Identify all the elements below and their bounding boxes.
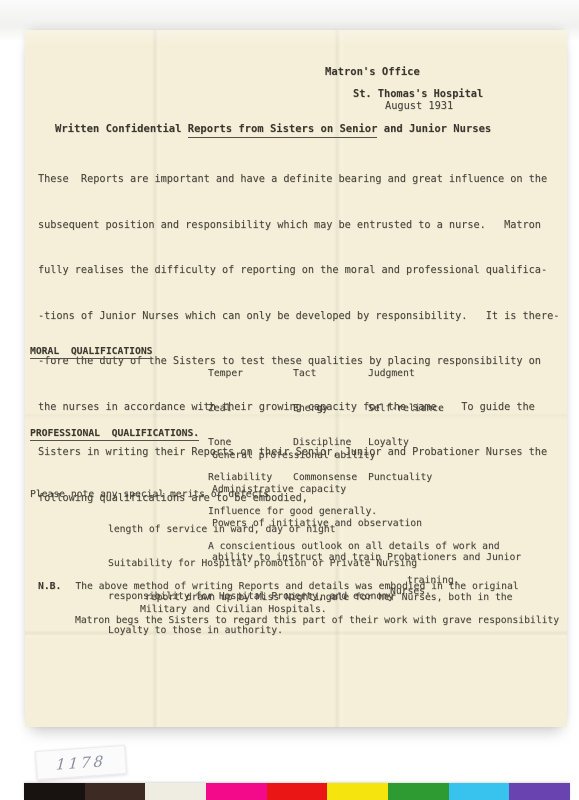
merits-item: Suitability for Hospital promotion or Pr… [108, 558, 417, 570]
paragraph-line: subsequent position and responsibility w… [38, 214, 559, 238]
moral-quality: Temper [208, 368, 243, 381]
moral-qualifications-heading: MORAL QUALIFICATIONS [30, 346, 152, 359]
professional-qualifications-heading: PROFESSIONAL QUALIFICATIONS. [30, 428, 199, 441]
color-swatch-dark-brown [85, 783, 146, 800]
moral-grid-row: TemperTactJudgment [208, 368, 500, 381]
nota-bene-line: N.B.The above method of writing Reports … [38, 581, 519, 592]
header-date: August 1931 [385, 100, 453, 112]
nota-bene-text: The above method of writing Reports and … [75, 581, 518, 592]
color-swatch-black [24, 783, 85, 800]
color-swatch-cyan [449, 783, 510, 800]
nota-bene-line: report drawn up by Miss Nightingale for … [145, 592, 512, 603]
color-swatch-off-white [145, 783, 206, 800]
photograph-background: Matron's Office St. Thomas's Hospital Au… [0, 0, 579, 800]
merits-intro: Please note any special merits or defect… [30, 489, 269, 500]
paragraph-line: These Reports are important and have a d… [38, 168, 559, 192]
color-swatch-red [267, 783, 328, 800]
archive-number: 1178 [55, 752, 106, 774]
merits-item: Loyalty to those in authority. [108, 625, 417, 637]
nota-bene-label: N.B. [38, 581, 61, 592]
moral-quality: Self-reliance [368, 403, 444, 416]
color-swatch-yellow [327, 783, 388, 800]
color-swatch-purple [509, 783, 570, 800]
merits-item: length of service in ward, day or night [108, 524, 417, 536]
document-title: Written Confidential Reports from Sister… [55, 123, 491, 135]
professional-item: General professional ability [212, 450, 521, 462]
nota-bene-line: Matron begs the Sisters to regard this p… [75, 615, 559, 626]
title-underlined: Reports from Sisters on Senior [188, 123, 378, 138]
moral-grid-row: ZealEnergySelf-reliance [208, 403, 500, 416]
color-swatch-green [388, 783, 449, 800]
color-calibration-bar [24, 783, 570, 800]
nota-bene-line: Military and Civilian Hospitals. [140, 604, 327, 615]
archive-label: 1178 [35, 745, 127, 780]
moral-quality: Judgment [368, 368, 415, 381]
moral-quality: Zeal [208, 403, 231, 416]
merits-list: length of service in ward, day or night … [108, 502, 417, 658]
paragraph-line: -tions of Junior Nurses which can only b… [38, 305, 559, 329]
moral-quality: Energy [293, 403, 328, 416]
paragraph-line: fully realises the difficulty of reporti… [38, 259, 559, 283]
header-office: Matron's Office [325, 66, 420, 78]
color-swatch-magenta [206, 783, 267, 800]
title-pre: Written Confidential [55, 123, 188, 135]
title-post: and Junior Nurses [377, 123, 491, 135]
header-hospital: St. Thomas's Hospital [353, 88, 483, 100]
document-page: Matron's Office St. Thomas's Hospital Au… [25, 30, 567, 727]
moral-quality: Tact [293, 368, 316, 381]
